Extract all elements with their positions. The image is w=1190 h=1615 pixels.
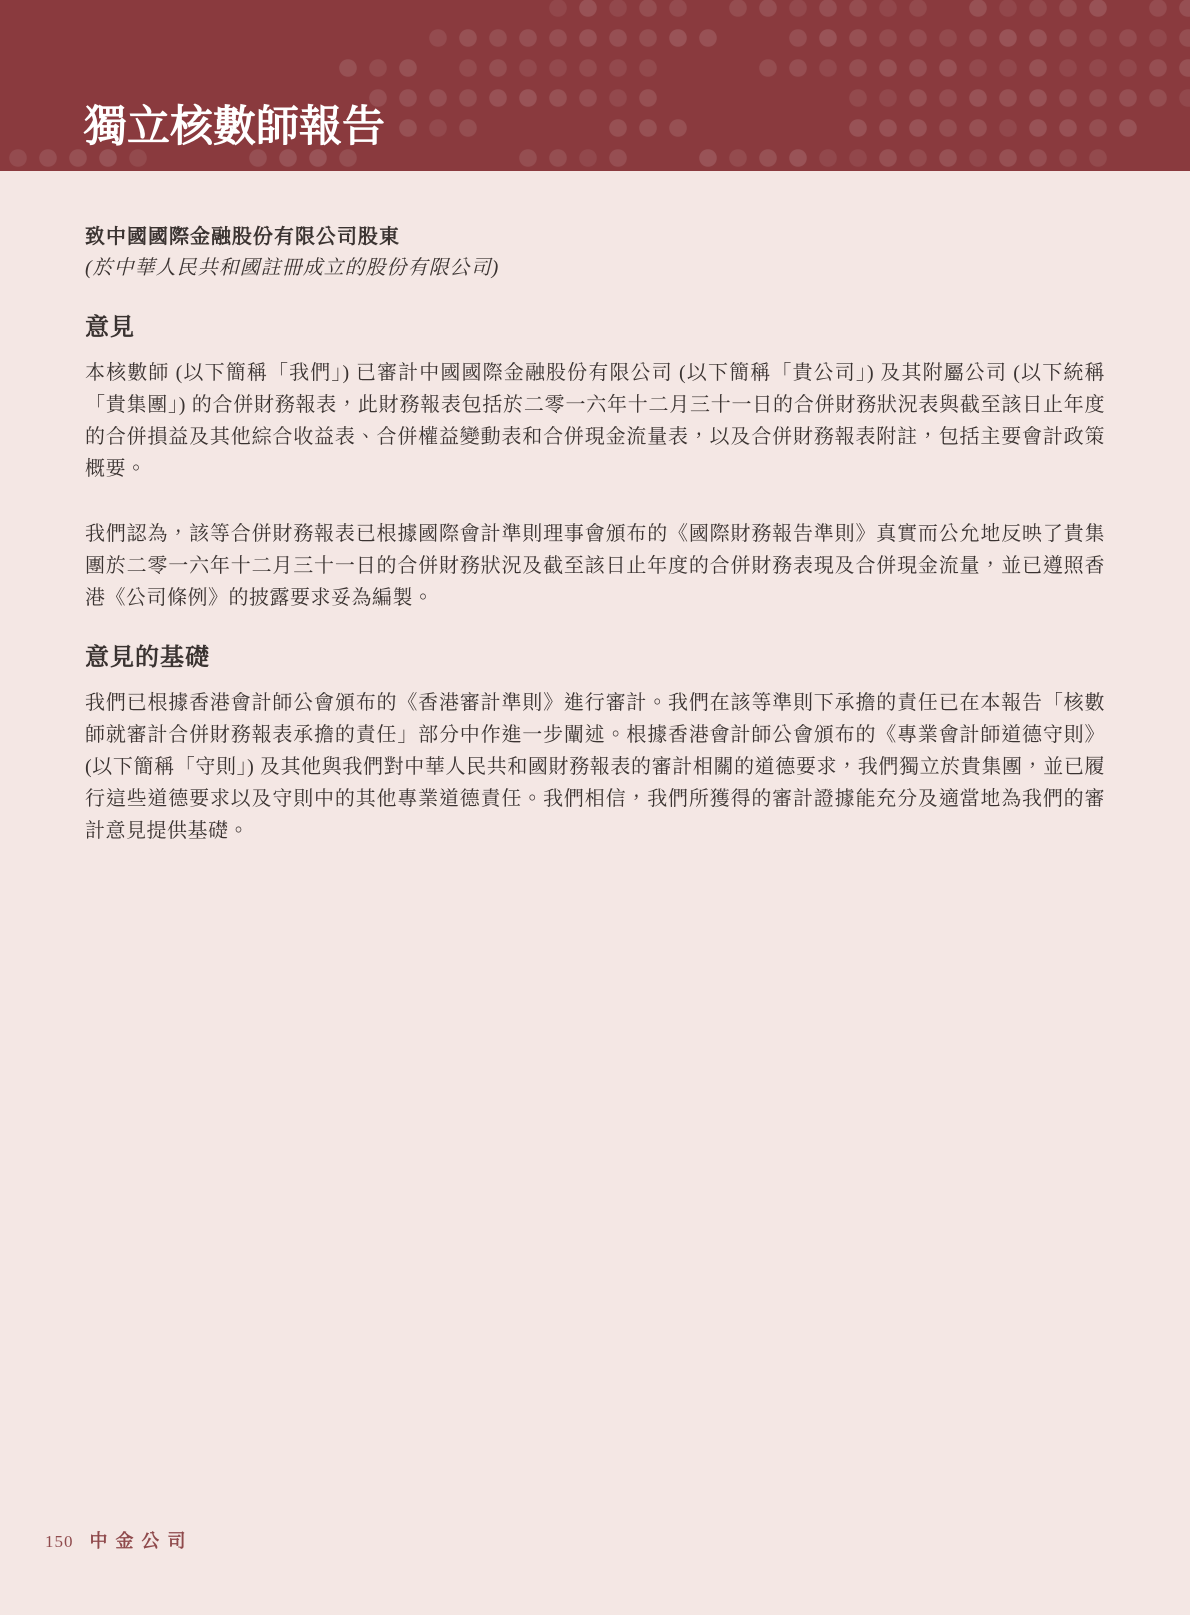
page-title: 獨立核數師報告 bbox=[84, 103, 385, 153]
page-footer: 150中金公司 bbox=[45, 1527, 194, 1553]
addressee-line: 致中國國際金融股份有限公司股東 bbox=[85, 222, 1105, 253]
section-heading-basis-for-opinion: 意見的基礎 bbox=[85, 643, 1105, 673]
opinion-paragraph-1: 本核數師 (以下簡稱「我們」) 已審計中國國際金融股份有限公司 (以下簡稱「貴公… bbox=[85, 357, 1105, 485]
company-name: 中金公司 bbox=[90, 1531, 194, 1551]
page-header-banner: 獨立核數師報告 bbox=[0, 0, 1190, 171]
opinion-paragraph-2: 我們認為，該等合併財務報表已根據國際會計準則理事會頒布的《國際財務報告準則》真實… bbox=[85, 518, 1105, 614]
incorporation-line: (於中華人民共和國註冊成立的股份有限公司) bbox=[85, 253, 1105, 284]
report-body: 致中國國際金融股份有限公司股東 (於中華人民共和國註冊成立的股份有限公司) 意見… bbox=[85, 171, 1105, 847]
section-heading-opinion: 意見 bbox=[85, 313, 1105, 343]
basis-for-opinion-paragraph: 我們已根據香港會計師公會頒布的《香港審計準則》進行審計。我們在該等準則下承擔的責… bbox=[85, 687, 1105, 847]
page-number: 150 bbox=[45, 1532, 74, 1551]
report-page: 獨立核數師報告 致中國國際金融股份有限公司股東 (於中華人民共和國註冊成立的股份… bbox=[0, 0, 1190, 1615]
